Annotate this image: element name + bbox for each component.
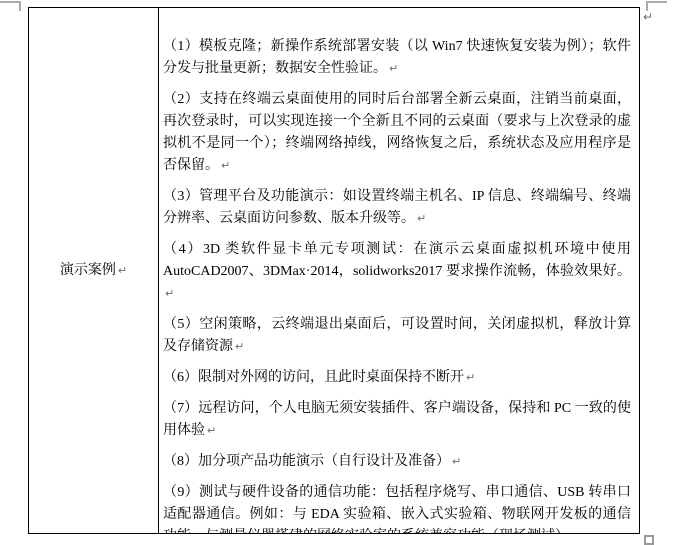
paragraph-mark-icon: ↵ (221, 159, 230, 172)
case-item-paragraph: （3）管理平台及功能演示：如设置终端主机名、IP 信息、终端编号、终端分辨率、云… (163, 186, 631, 230)
table-header-cell: 演示案例↵ (29, 8, 159, 533)
case-item-text: （6）限制对外网的访问，且此时桌面保持不断开 (163, 370, 464, 385)
document-table: 演示案例↵ （1）模板克隆；新操作系统部署安装（以 Win7 快速恢复安装为例）… (28, 7, 640, 534)
document-page: ↵ 演示案例↵ （1）模板克隆；新操作系统部署安装（以 Win7 快速恢复安装为… (0, 0, 675, 545)
row-end-paragraph-mark-icon: ↵ (643, 11, 653, 23)
case-item-paragraph: （7）远程访问，个人电脑无须安装插件、客户端设备，保持和 PC 一致的使用体验↵ (163, 398, 631, 442)
paragraph-mark-icon: ↵ (389, 62, 398, 75)
case-item-paragraph: （6）限制对外网的访问，且此时桌面保持不断开↵ (163, 367, 631, 389)
case-item-text: （2）支持在终端云桌面使用的同时后台部署全新云桌面，注销当前桌面，再次登录时，可… (163, 92, 631, 173)
paragraph-mark-icon: ↵ (417, 212, 426, 225)
case-item-paragraph: （2）支持在终端云桌面使用的同时后台部署全新云桌面，注销当前桌面，再次登录时，可… (163, 89, 631, 177)
paragraph-mark-icon: ↵ (207, 424, 216, 437)
case-item-text: （4）3D 类软件显卡单元专项测试：在演示云桌面虚拟机环境中使用 AutoCAD… (163, 242, 631, 279)
case-item-paragraph: （8）加分项产品功能演示（自行设计及准备）↵ (163, 451, 631, 473)
case-item-text: （3）管理平台及功能演示：如设置终端主机名、IP 信息、终端编号、终端分辨率、云… (163, 189, 631, 226)
end-of-table-mark-icon (644, 535, 654, 545)
paragraph-mark-icon: ↵ (118, 264, 127, 277)
paragraph-mark-icon: ↵ (452, 455, 461, 468)
table-body-cell: （1）模板克隆；新操作系统部署安装（以 Win7 快速恢复安装为例）；软件分发与… (159, 8, 639, 533)
case-item-text: （8）加分项产品功能演示（自行设计及准备） (163, 454, 450, 469)
row-header-text: 演示案例 (60, 263, 116, 278)
paragraph-mark-icon: ↵ (466, 371, 475, 384)
case-item-paragraph: （1）模板克隆；新操作系统部署安装（以 Win7 快速恢复安装为例）；软件分发与… (163, 36, 631, 80)
paragraph-mark-icon: ↵ (165, 287, 174, 300)
paragraph-mark-icon: ↵ (235, 340, 244, 353)
case-item-text: （5）空闲策略，云终端退出桌面后，可设置时间，关闭虚拟机，释放计算及存储资源 (163, 317, 631, 354)
case-item-paragraph: （9）测试与硬件设备的通信功能：包括程序烧写、串口通信、USB 转串口适配器通信… (163, 482, 631, 533)
case-item-text: （7）远程访问，个人电脑无须安装插件、客户端设备，保持和 PC 一致的使用体验 (163, 401, 631, 438)
case-item-text: （9）测试与硬件设备的通信功能：包括程序烧写、串口通信、USB 转串口适配器通信… (163, 485, 631, 533)
row-header-label: 演示案例↵ (60, 260, 127, 282)
margin-crop-mark-top-left-icon (0, 1, 21, 11)
case-item-paragraph: （5）空闲策略，云终端退出桌面后，可设置时间，关闭虚拟机，释放计算及存储资源↵ (163, 314, 631, 358)
paragraph-mark-icon: ↵ (571, 530, 580, 533)
case-item-paragraph: （4）3D 类软件显卡单元专项测试：在演示云桌面虚拟机环境中使用 AutoCAD… (163, 239, 631, 305)
